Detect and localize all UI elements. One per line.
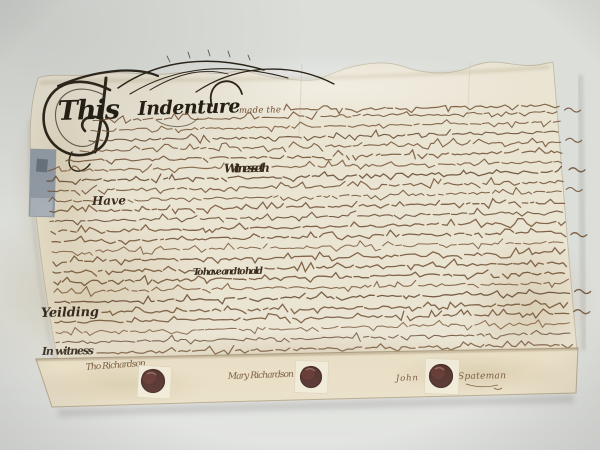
photo-of-indenture: This Indenture made the Witnesseth Have … [0,0,600,450]
vignette [0,0,600,450]
photo-canvas: This Indenture made the Witnesseth Have … [0,0,600,450]
